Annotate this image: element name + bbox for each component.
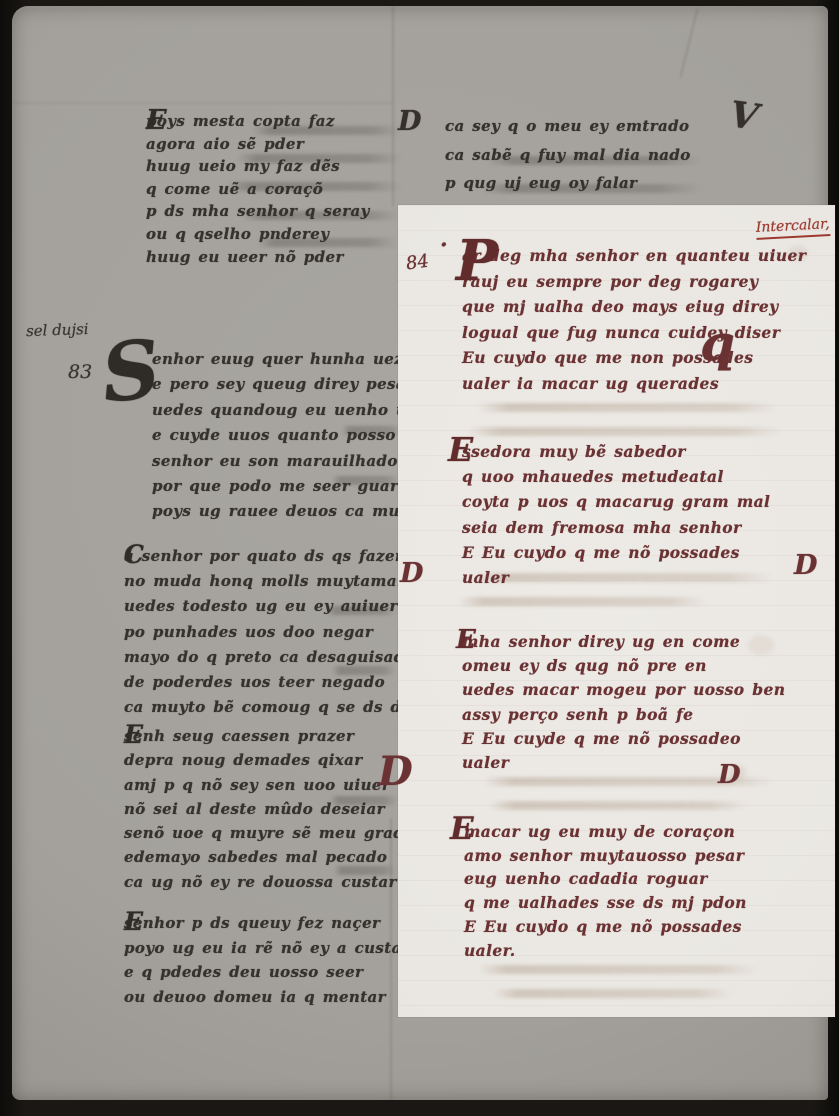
verse-line: rauj eu sempre por deg rogarey [462,269,806,295]
verse-line: uedes todesto ug eu ey auiuer [124,594,420,619]
verse-line: Eu cuydo que me non possades [462,345,806,371]
crease-line [392,6,394,206]
bleedthrough-streak [493,989,733,998]
illuminated-initial: E [450,814,474,845]
verse-line: amj p q nõ sey sen uoo uiuer [124,773,415,797]
verse-line: ca muyto bẽ comoug q se ds dar [124,695,420,720]
verse-line: logual que fug nunca cuidey diser [462,320,806,346]
stanza-overlay-4: E macar ug eu muy de coraçonamo senhor m… [464,820,747,962]
verse-line: ualer ia macar ug querades [462,371,806,397]
line-filler-ornament: D [378,752,413,792]
verse-line: poys mesta copta faz [146,110,370,133]
verse-line: ssedora muy bẽ sabedor [462,439,770,464]
verse-line: depra noug demades qixar [124,748,415,772]
folio-number-83: 83 [68,361,92,383]
verse-line: p ds mha senhor q seray [146,200,370,223]
verse-line: seia dem fremosa mha senhor [462,515,770,540]
verse-line: que mj ualha deo mays eiug direy [462,294,806,320]
verse-line: p qug uj eug oy falar [445,169,691,198]
flourish-ornament: V [728,96,761,136]
verse-line: huug ueio my faz dẽs [146,155,370,178]
verse-line: ca ug nõ ey re douossa custar [124,870,415,894]
verse-line: edemayo sabedes mal pecado [124,845,415,869]
stanza-left-1: E poys mesta copta fazagora aio sẽ pderh… [146,110,370,268]
verse-line: huug eu ueer nõ pder [146,246,370,269]
bleedthrough-streak [458,597,708,606]
illuminated-initial: E [124,722,143,747]
stanza-left-3: C a senhor por quato ds qs fazerno muda … [124,544,420,720]
folio-number-84: 84 [405,251,431,275]
stanza-left-5: E senhor p ds queuy fez naçerpoyo ug eu … [124,911,410,1009]
illuminated-initial: C [124,542,144,567]
verse-line: q uoo mhauedes metudeatal [462,464,770,489]
verse-line: E Eu cuyde q me nõ possadeo [462,727,785,751]
verse-line: mayo do q preto ca desaguisado [124,645,420,670]
verse-line: a senhor por quato ds qs fazer [124,544,420,569]
verse-line: e q pdedes deu uosso seer [124,960,410,985]
verse-line: nõ sei al deste mûdo deseiar [124,797,415,821]
line-filler-ornament: D [398,108,421,135]
stanza-right-top: ca sey q o meu ey emtradoca sabẽ q fuy m… [445,112,691,198]
line-filler-ornament: D [794,552,817,579]
verse-line: macar ug eu muy de coraçon [464,820,747,844]
paragraph-dot-ornament: · [440,234,448,256]
verse-line: assy perço senh p boã fe [462,703,785,727]
illuminated-initial: E [146,107,167,134]
stanza-left-4: E senh seug caessen prazerdepra noug dem… [124,724,415,894]
verse-line: eug uenho cadadia roguar [464,867,747,891]
verse-line: E Eu cuydo q me nõ possades [462,540,770,565]
verse-line: agora aio sẽ pder [146,133,370,156]
verse-line: ou deuoo domeu ia q mentar [124,985,410,1010]
line-filler-ornament: D [718,762,741,788]
stanza-overlay-2: E ssedora muy bẽ sabedorq uoo mhauedes m… [462,439,770,590]
bleedthrough-streak [478,965,758,974]
verse-line: ca sey q o meu ey emtrado [445,112,691,141]
stanza-overlay-1: P ar deg mha senhor en quanteu uiuerrauj… [462,243,806,397]
verse-line: omeu ey ds qug nõ pre en [462,654,785,678]
verse-line: no muda honq molls muytamar [124,569,420,594]
verse-line: senõ uoe q muyre sẽ meu grado [124,821,415,845]
verse-line: ca sabẽ q fuy mal dia nado [445,141,691,170]
verse-line: ar deg mha senhor en quanteu uiuer [462,243,806,269]
verse-line: mha senhor direy ug en come [462,630,785,654]
verse-line: E Eu cuydo q me nõ possades [464,915,747,939]
large-q-ornament: q [700,318,735,368]
stanza-overlay-3: E mha senhor direy ug en comeomeu ey ds … [462,630,785,775]
illuminated-initial: S [98,328,164,414]
bleedthrough-streak [468,427,783,436]
red-annotation: Intercalar, [756,216,831,240]
verse-line: senhor p ds queuy fez naçer [124,911,410,936]
illuminated-initial: E [456,627,476,653]
bleedthrough-streak [488,801,748,810]
photograph-frame: E poys mesta copta fazagora aio sẽ pderh… [0,0,839,1116]
verse-line: ou q qselho pnderey [146,223,370,246]
bleedthrough-streak [478,403,778,412]
verse-line: senh seug caessen prazer [124,724,415,748]
crease-line [12,102,392,104]
verse-line: ualer. [464,939,747,963]
manuscript-page: E poys mesta copta fazagora aio sẽ pderh… [12,6,828,1100]
verse-line: poyo ug eu ia rẽ nõ ey a custar [124,936,410,961]
verse-line: uedes macar mogeu por uosso ben [462,678,785,702]
line-filler-ornament: D [400,560,423,587]
verse-line: q come uẽ a coraçõ [146,178,370,201]
verse-line: coyta p uos q macarug gram mal [462,489,770,514]
verse-line: q me ualhades sse ds mj pdon [464,891,747,915]
verse-line: ualer [462,565,770,590]
verse-line: de poderdes uos teer negado [124,670,420,695]
verse-line: amo senhor muytauosso pesar [464,844,747,868]
illuminated-initial: E [448,433,473,466]
illuminated-initial: E [124,909,143,934]
verse-line: po punhades uos doo negar [124,620,420,645]
marginal-note-left: sel dujsi [26,320,89,340]
crease-line [680,9,699,77]
illuminated-initial: P [456,233,498,289]
